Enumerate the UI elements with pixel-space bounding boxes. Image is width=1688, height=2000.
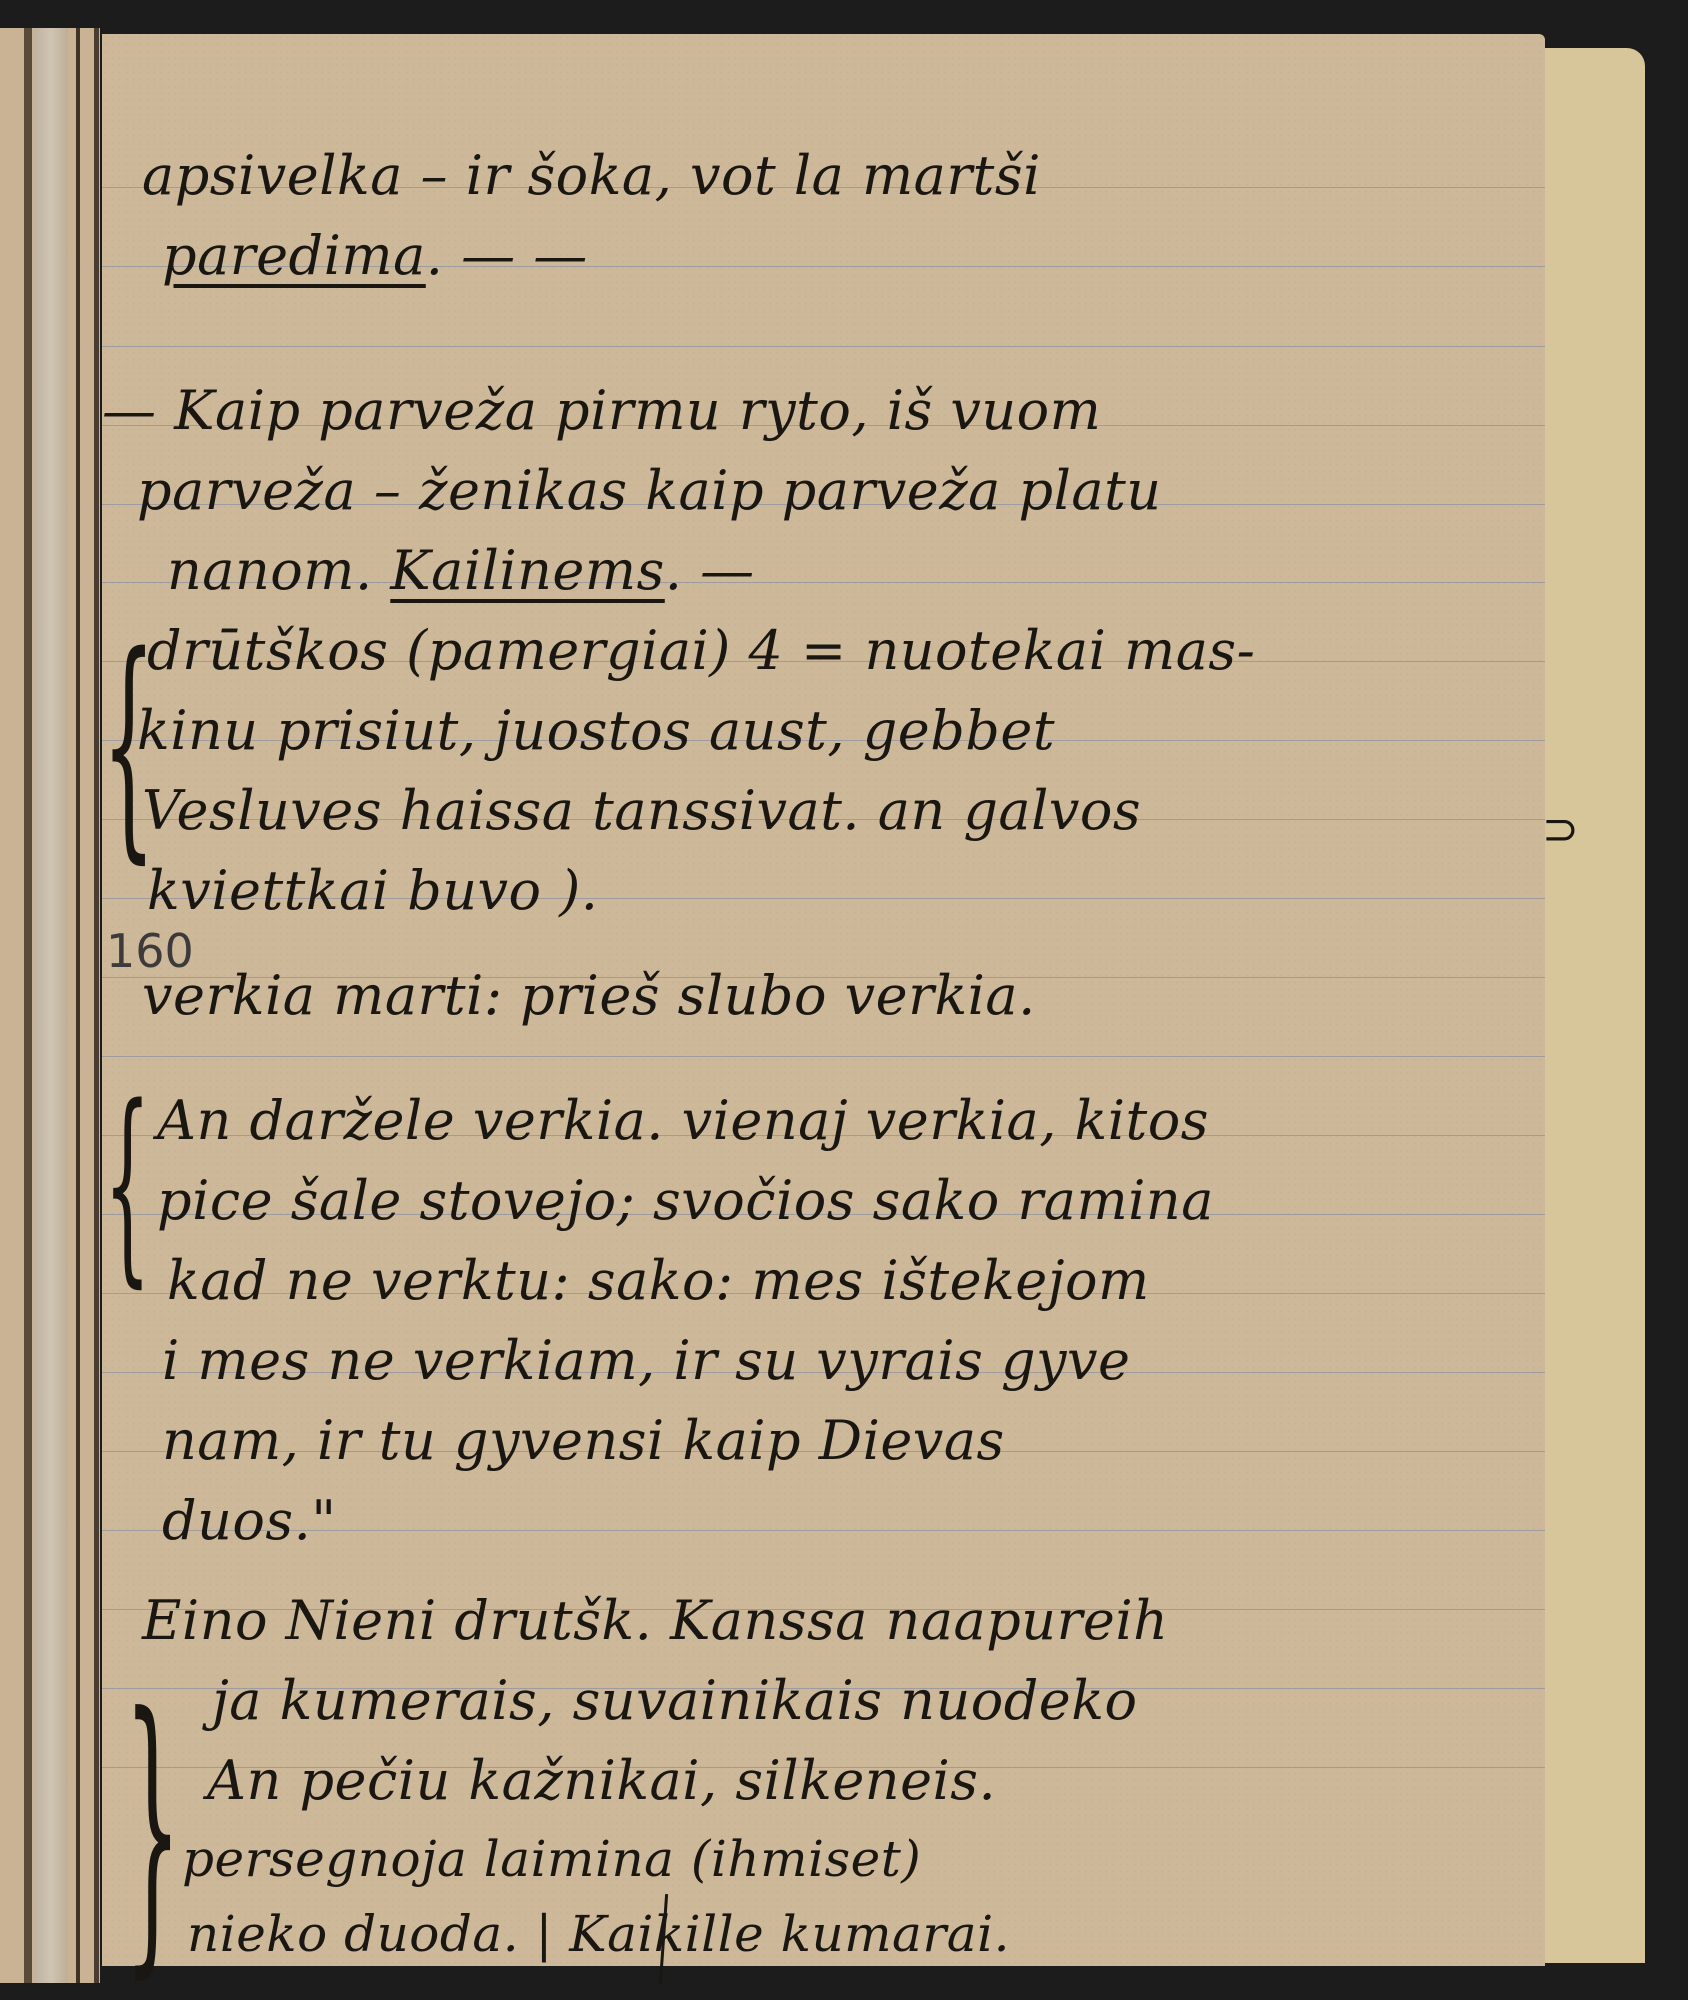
text-line: parveža – ženikas kaip parveža platu <box>137 464 1525 518</box>
text-line: apsivelka – ir šoka, vot la martši <box>142 149 1525 203</box>
curly-brace-mark: { <box>104 1079 151 1289</box>
text-line: pice šale stovejo; svočios sako ramina <box>157 1174 1525 1228</box>
text-line: An daržele verkia. vienaj verkia, kitos <box>157 1094 1525 1148</box>
spine-shadow <box>24 28 32 1983</box>
margin-mark: ⊃ <box>1542 804 1579 855</box>
ruling-line <box>102 346 1545 347</box>
text-line: nieko duoda. | Kaikille kumarai. <box>187 1909 1525 1959</box>
text-line: kinu prisiut, juostos aust, gebbet <box>137 704 1525 758</box>
text-line: paredima. — — <box>162 229 1525 283</box>
text-line: persegnoja laimina (ihmiset) <box>182 1834 1525 1884</box>
text-line: ja kumerais, suvainikais nuodeko <box>212 1674 1525 1728</box>
text-line: Vesluves haissa tanssivat. an galvos <box>142 784 1525 838</box>
underlined-word: paredima <box>162 224 426 287</box>
spine-binding <box>34 28 68 1983</box>
underlined-word: Kailinems <box>390 539 665 602</box>
spine-line <box>94 28 99 1983</box>
text-line: Eino Nieni drutšk. Kanssa naapureih <box>142 1594 1525 1648</box>
text-line: i mes ne verkiam, ir su vyrais gyve <box>162 1334 1525 1388</box>
text-line: drūtškos (pamergiai) 4 = nuotekai mas- <box>147 624 1525 678</box>
text-line: nanom. Kailinems. — <box>167 544 1525 598</box>
text-line: An pečiu kažnikai, silkeneis. <box>207 1754 1525 1808</box>
text-line: nam, ir tu gyvensi kaip Dievas <box>162 1414 1525 1468</box>
notebook-page: 160 { { } apsivelka – ir šoka, vot la ma… <box>102 34 1545 1966</box>
text-line: kviettkai buvo ). <box>147 864 1525 918</box>
dash-mark: . — <box>665 539 755 602</box>
dash-mark: . — — <box>426 224 588 287</box>
ruling-line <box>102 1056 1545 1057</box>
text-line: duos." <box>162 1494 1525 1548</box>
text-line: verkia marti: prieš slubo verkia. <box>142 969 1525 1023</box>
text-line: kad ne verktu: sako: mes ištekejom <box>167 1254 1525 1308</box>
spine-line <box>76 28 80 1983</box>
text-line: — Kaip parveža pirmu ryto, iš vuom <box>102 384 1525 438</box>
back-page-edge <box>1545 48 1645 1963</box>
word: nanom. <box>167 539 390 602</box>
curly-brace-mark: } <box>124 1679 181 1979</box>
